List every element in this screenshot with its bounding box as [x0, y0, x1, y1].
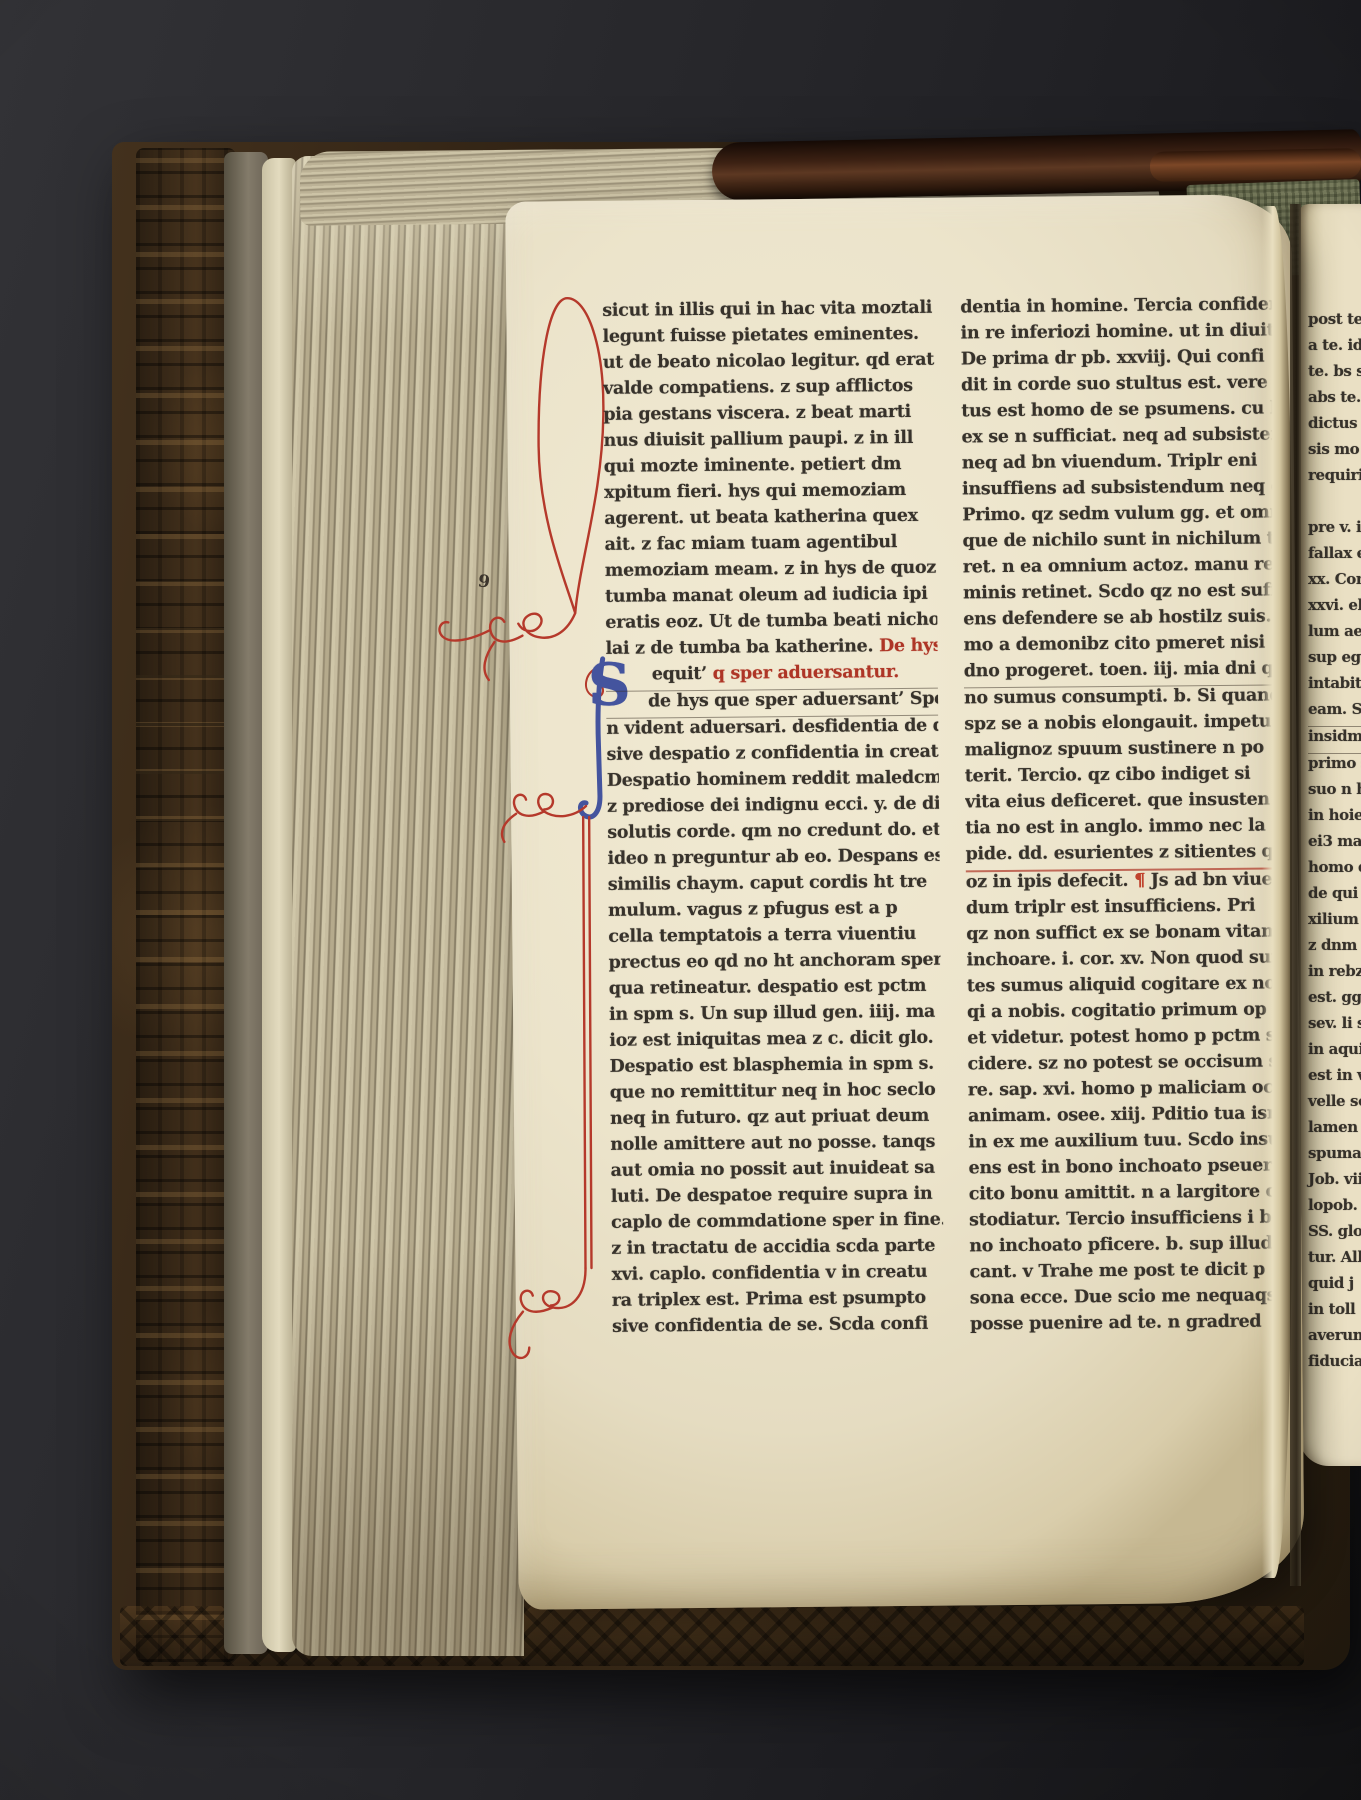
text-line: agerent. ut beata katherina quex [604, 506, 936, 535]
text-line: de hys que sper aduersant’ Sper [606, 689, 938, 719]
red-text: De hys [879, 636, 943, 657]
text-line: neq ad bn viuendum. Triplr eni [962, 450, 1274, 479]
gutter-shadow [1290, 204, 1301, 1586]
text-line: stodiatur. Tercio insufficiens i bo [969, 1207, 1281, 1236]
text-line: dentia in homine. Tercia confidentia [960, 294, 1272, 323]
text-line: luti. De despatoe require supra in [611, 1184, 943, 1213]
text-line: in spm s. Un sup illud gen. iiij. ma [609, 1002, 941, 1031]
text-line: Despatio est blasphemia in spm s. [609, 1054, 941, 1083]
text-line: no sumus consumpti. b. Si quando [964, 685, 1276, 714]
red-text: q sper aduersantur. [713, 662, 899, 684]
text-line: dum triplr est insufficiens. Pri [966, 895, 1278, 924]
text-line: tur. All [1308, 1248, 1361, 1274]
text-line: in ex me auxilium tuu. Scdo insuffi [968, 1129, 1280, 1158]
text-line: nolle amittere aut no posse. tanqs [610, 1132, 942, 1161]
manuscript-page: S sicut in illis qui in hac vita moztali… [505, 194, 1304, 1609]
text-line: in rebz [1308, 962, 1361, 988]
text-line: insuffiens ad subsistendum neq e [962, 476, 1274, 505]
text-line: averum [1308, 1326, 1361, 1352]
page-fore-edge [1262, 206, 1292, 1578]
text-line: mo a demonibz cito pmeret nisi [963, 632, 1275, 661]
text-line: in re inferiozi homine. ut in diuitijs [960, 320, 1272, 349]
text-line: z dnm i [1308, 936, 1361, 962]
text-line: ait. z fac miam tuam agentibul [604, 532, 936, 561]
embossed-border-left [136, 148, 236, 1662]
text-line: Despatio hominem reddit maledcm [607, 768, 939, 797]
text-line: lopob. b [1308, 1196, 1361, 1222]
text-line: sev. li sp [1308, 1014, 1361, 1040]
text-line: xxvi. ela [1308, 596, 1361, 622]
text-line: animam. osee. xiij. Pditio tua isrl [968, 1103, 1280, 1132]
text-line: lai z de tumba ba katherine. De hys [605, 636, 937, 665]
text-line: qua retineatur. despatio est pctm [609, 976, 941, 1005]
text-line: fiducia [1308, 1352, 1361, 1378]
text-line: ideo n preguntur ab eo. Despans est [607, 846, 939, 875]
text-line: insidmi [1308, 727, 1361, 754]
text-line: legunt fuisse pietates eminentes. [602, 324, 934, 353]
text-line: que de nichilo sunt in nichilum ten [962, 528, 1274, 557]
text-line: terit. Tercio. qz cibo indiget si [965, 763, 1277, 792]
text-line: qi a nobis. cogitatio primum op [967, 999, 1279, 1028]
text-line: spz se a nobis elongauit. impetu [964, 711, 1276, 740]
text-line: abs te. ll [1308, 388, 1361, 414]
text-line: inchoare. i. cor. xv. Non quod suffi [966, 947, 1278, 976]
text-line: sona ecce. Due scio me nequaqs [970, 1285, 1282, 1314]
text-line: SS. glo [1308, 1222, 1361, 1248]
text-line: dictus est [1308, 414, 1361, 440]
text-line: lum aet [1308, 622, 1361, 648]
text-line: pide. dd. esurientes z sitientes qd [965, 841, 1277, 872]
text-line: xvi. caplo. confidentia v in creatu [611, 1262, 943, 1291]
text-line: intabit [1308, 674, 1361, 700]
text-line: cella temptatois a terra viuentiu [608, 924, 940, 953]
text-line: De prima dr pb. xxviij. Qui confi [961, 346, 1273, 375]
text-line: in aqui [1308, 1040, 1361, 1066]
text-line: tia no est in anglo. immo nec la [965, 815, 1277, 844]
text-line: eam. Si [1308, 700, 1361, 727]
text-line: qz non suffict ex se bonam vitam [966, 921, 1278, 950]
text-line: et videtur. potest homo p pctm se oc [967, 1025, 1279, 1054]
text-line: nus diuisit pallium paupi. z in ill [603, 428, 935, 457]
text-line: a te. ideo [1308, 336, 1361, 362]
text-line [1308, 492, 1361, 518]
text-line: memoziam meam. z in hys de quoz [605, 558, 937, 587]
text-line: cito bonu amittit. n a largitore cu [969, 1181, 1281, 1210]
next-page-text-column: post te. ta te. ideote. bs sirabs te. ll… [1308, 310, 1361, 1378]
text-line: solutis corde. qm no credunt do. et [607, 820, 939, 849]
text-line: sicut in illis qui in hac vita moztali [602, 298, 934, 327]
text-line: xx. Conf [1308, 570, 1361, 596]
text-line: mulum. vagus z pfugus est a p [608, 898, 940, 927]
text-line: xpitum fieri. hys qui memoziam [604, 480, 936, 509]
text-line: prectus eo qd no ht anchoram sper [608, 950, 940, 979]
text-line: pia gestans viscera. z beat marti [603, 402, 935, 431]
text-line: in hoie [1308, 806, 1361, 832]
text-line: ex se n sufficiat. neq ad subsisten [961, 424, 1273, 453]
text-line: no inchoato pficere. b. sup illud [969, 1233, 1281, 1262]
text-line: neq in futuro. qz aut priuat deum [610, 1106, 942, 1135]
text-line: tes sumus aliquid cogitare ex nob [967, 973, 1279, 1002]
text-segment: lai z de tumba ba katherine. [605, 636, 879, 659]
text-line: minis retinet. Scdo qz no est suffici [963, 580, 1275, 609]
binding-strap-end [1150, 148, 1361, 182]
text-line: ra triplex est. Prima est psumpto [612, 1288, 944, 1317]
right-text-column: dentia in homine. Tercia confidentiain r… [960, 294, 1282, 1345]
text-line: z prediose dei indignu ecci. y. de dis [607, 794, 939, 823]
text-line: ret. n ea omnium actoz. manu reg [963, 554, 1275, 583]
left-text-column: sicut in illis qui in hac vita moztalile… [602, 298, 944, 1349]
text-line: homo q [1308, 858, 1361, 884]
manuscript-photo: post te. ta te. ideote. bs sirabs te. ll… [0, 0, 1361, 1800]
text-line: z in tractatu de accidia scda parte [611, 1236, 943, 1265]
text-line: que no remittitur neq in hoc seclo [610, 1080, 942, 1109]
text-line: vita eius deficeret. que insusten [965, 789, 1277, 818]
text-line: cidere. sz no potest se occisum susci [967, 1051, 1279, 1080]
text-line: n vident aduersari. desfidentia de do [606, 716, 938, 745]
text-line: suo n he [1308, 780, 1361, 806]
text-line: dno progeret. toen. iij. mia dni qd [964, 658, 1276, 688]
text-line: sup egyp [1308, 648, 1361, 674]
text-line: malignoz spuum sustinere n po [964, 737, 1276, 766]
text-line: dit in corde suo stultus est. vere stul [961, 372, 1273, 401]
text-line: Primo. qz sedm vulum gg. et omnia [962, 502, 1274, 531]
text-line: primo si [1308, 754, 1361, 780]
endleaf-edge [262, 158, 296, 1652]
text-line: tus est homo de se psumens. cu ho [961, 398, 1273, 427]
text-line: equit’ q sper aduersantur. [606, 662, 938, 692]
text-line: fallax est [1308, 544, 1361, 570]
paraph-text: ¶ [1134, 871, 1151, 891]
text-segment: oz in ipis defecit. [966, 871, 1134, 893]
text-line: ens defendere se ab hostilz suis. ho [963, 606, 1275, 635]
next-page-sliver: post te. ta te. ideote. bs sirabs te. ll… [1299, 204, 1361, 1466]
text-line: posse puenire ad te. n gradred [970, 1311, 1282, 1340]
text-line: tumba manat oleum ad iudicia ipi [605, 584, 937, 613]
text-line: te. bs sir [1308, 362, 1361, 388]
text-line: spuma [1308, 1144, 1361, 1170]
text-line: ei3 mai [1308, 832, 1361, 858]
text-line: aut omia no possit aut inuideat sa [610, 1158, 942, 1187]
text-line: caplo de commdatione sper in fine. [611, 1210, 943, 1239]
text-line: cant. v Trahe me post te dicit p [969, 1259, 1281, 1288]
text-line: velle so [1308, 1092, 1361, 1118]
text-line: lamen [1308, 1118, 1361, 1144]
text-line: sive despatio z confidentia in creata [606, 742, 938, 771]
text-segment: equit’ [652, 664, 713, 685]
text-line: Job. viij. [1308, 1170, 1361, 1196]
text-line: sive confidentia de se. Scda confi [612, 1314, 944, 1343]
text-line: ens est in bono inchoato pseuerare [968, 1155, 1280, 1184]
text-line: pre v. i [1308, 518, 1361, 544]
text-line: in toll [1308, 1300, 1361, 1326]
page-edges-left [292, 156, 524, 1656]
text-line: eratis eoz. Ut de tumba beati nicho [605, 610, 937, 639]
text-line: oz in ipis defecit. ¶ Js ad bn viuen [966, 869, 1278, 898]
text-line: requiri [1308, 466, 1361, 492]
text-line: sis mo [1308, 440, 1361, 466]
text-line: est in ve [1308, 1066, 1361, 1092]
text-line: similis chaym. caput cordis ht tre [608, 872, 940, 901]
text-line: quid j [1308, 1274, 1361, 1300]
text-line: qui mozte iminente. petiert dm [604, 454, 936, 483]
text-line: ut de beato nicolao legitur. qd erat [603, 350, 935, 379]
text-line: ioz est iniquitas mea z c. dicit glo. [609, 1028, 941, 1057]
text-line: de qui d [1308, 884, 1361, 910]
text-line: valde compatiens. z sup afflictos [603, 376, 935, 405]
text-line: post te. t [1308, 310, 1361, 336]
text-line: xilium [1308, 910, 1361, 936]
text-line: re. sap. xvi. homo p maliciam occ [968, 1077, 1280, 1106]
text-line: est. gg. [1308, 988, 1361, 1014]
